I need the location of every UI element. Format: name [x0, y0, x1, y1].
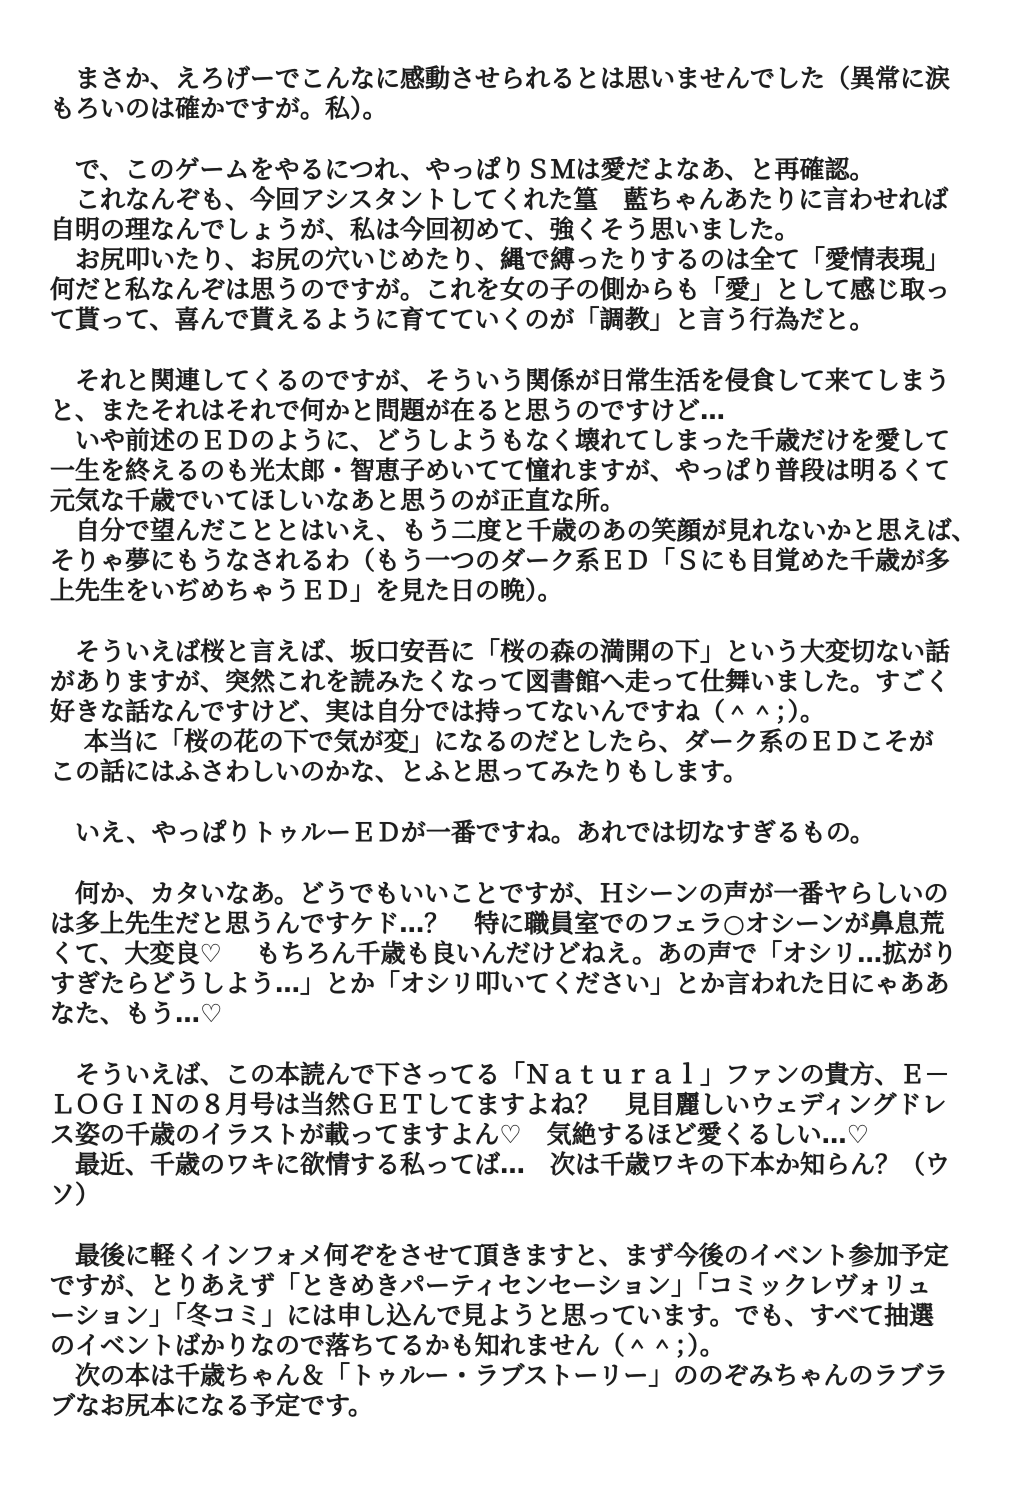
text-line: で、このゲームをやるにつれ、やっぱりＳＭは愛だよなあ、と再確認。	[50, 155, 976, 185]
text-line: いえ、やっぱりトゥルーＥＤが一番ですね。あれでは切なすぎるもの。	[50, 818, 976, 848]
paragraph: まさか、えろげーでこんなに感動させられるとは思いませんでした（異常に涙もろいのは…	[50, 64, 976, 124]
text-line: ーション」「冬コミ」には申し込んで見ようと思っています。でも、すべて抽選	[50, 1301, 976, 1331]
text-line: お尻叩いたり、お尻の穴いじめたり、縄で縛ったりするのは全て「愛情表現」	[50, 245, 976, 275]
paragraph: そういえば桜と言えば、坂口安吾に「桜の森の満開の下」という大変切ない話があります…	[50, 637, 976, 787]
text-line: 自分で望んだこととはいえ、もう二度と千歳のあの笑顔が見れないかと思えば、	[50, 516, 976, 546]
text-line: ですが、とりあえず「ときめきパーティセンセーション」「コミックレヴォリュ	[50, 1271, 976, 1301]
text-line: のイベントばかりなので落ちてるかも知れません（＾＾；）。	[50, 1331, 976, 1361]
text-line: ソ）	[50, 1180, 976, 1210]
paragraph: それと関連してくるのですが、そういう関係が日常生活を侵食して来てしまうと、またそ…	[50, 366, 976, 606]
paragraph: いえ、やっぱりトゥルーＥＤが一番ですね。あれでは切なすぎるもの。	[50, 818, 976, 848]
text-line: 元気な千歳でいてほしいなあと思うのが正直な所。	[50, 486, 976, 516]
text-line: は多上先生だと思うんですケド…？ 特に職員室でのフェラ○オシーンが鼻息荒	[50, 909, 976, 939]
paragraph: そういえば、この本読んで下さってる「Ｎａｔｕｒａｌ」ファンの貴方、Ｅ－ＬＯＧＩＮ…	[50, 1060, 976, 1210]
text-line: なた、もう…♡	[50, 999, 976, 1029]
text-line: 何だと私なんぞは思うのですが。これを女の子の側からも「愛」として感じ取っ	[50, 275, 976, 305]
text-line: 一生を終えるのも光太郎・智恵子めいてて憧れますが、やっぱり普段は明るくて	[50, 456, 976, 486]
text-line: 何か、カタいなあ。どうでもいいことですが、Ｈシーンの声が一番ヤらしいの	[50, 879, 976, 909]
text-line: くて、大変良♡ もちろん千歳も良いんだけどねえ。あの声で「オシリ…拡がり	[50, 939, 976, 969]
text-line: この話にはふさわしいのかな、とふと思ってみたりもします。	[50, 757, 976, 787]
paragraph: 何か、カタいなあ。どうでもいいことですが、Ｈシーンの声が一番ヤらしいのは多上先生…	[50, 879, 976, 1029]
text-line: そりゃ夢にもうなされるわ（もう一つのダーク系ＥＤ「Ｓにも目覚めた千歳が多	[50, 546, 976, 576]
text-line: 好きな話なんですけど、実は自分では持ってないんですね（＾＾；）。	[50, 697, 976, 727]
text-line: 上先生をいぢめちゃうＥＤ」を見た日の晩）。	[50, 576, 976, 606]
document-text: まさか、えろげーでこんなに感動させられるとは思いませんでした（異常に涙もろいのは…	[50, 64, 976, 1421]
text-line: 次の本は千歳ちゃん＆「トゥルー・ラブストーリー」ののぞみちゃんのラブラ	[50, 1361, 976, 1391]
text-line: いや前述のＥＤのように、どうしようもなく壊れてしまった千歳だけを愛して	[50, 426, 976, 456]
text-line: 自明の理なんでしょうが、私は今回初めて、強くそう思いました。	[50, 215, 976, 245]
text-line: 最近、千歳のワキに欲情する私ってば… 次は千歳ワキの下本か知らん？（ウ	[50, 1150, 976, 1180]
text-line: すぎたらどうしよう…」とか「オシリ叩いてください」とか言われた日にゃああ	[50, 969, 976, 999]
text-line: もろいのは確かですが。私）。	[50, 94, 976, 124]
paragraph: で、このゲームをやるにつれ、やっぱりＳＭは愛だよなあ、と再確認。 これなんぞも、…	[50, 155, 976, 335]
text-line: そういえば桜と言えば、坂口安吾に「桜の森の満開の下」という大変切ない話	[50, 637, 976, 667]
text-line: がありますが、突然これを読みたくなって図書館へ走って仕舞いました。すごく	[50, 667, 976, 697]
text-line: ス姿の千歳のイラストが載ってますよん♡ 気絶するほど愛くるしい…♡	[50, 1120, 976, 1150]
text-line: 本当に「桜の花の下で気が変」になるのだとしたら、ダーク系のＥＤこそが	[50, 727, 976, 757]
text-line: て貰って、喜んで貰えるように育てていくのが「調教」と言う行為だと。	[50, 305, 976, 335]
text-line: 最後に軽くインフォメ何ぞをさせて頂きますと、まず今後のイベント参加予定	[50, 1241, 976, 1271]
text-line: そういえば、この本読んで下さってる「Ｎａｔｕｒａｌ」ファンの貴方、Ｅ－	[50, 1060, 976, 1090]
text-line: まさか、えろげーでこんなに感動させられるとは思いませんでした（異常に涙	[50, 64, 976, 94]
scanned-document-page: まさか、えろげーでこんなに感動させられるとは思いませんでした（異常に涙もろいのは…	[0, 0, 1024, 1507]
text-line: ＬＯＧＩＮの８月号は当然ＧＥＴしてますよね？ 見目麗しいウェディングドレ	[50, 1090, 976, 1120]
paragraph: 最後に軽くインフォメ何ぞをさせて頂きますと、まず今後のイベント参加予定ですが、と…	[50, 1241, 976, 1421]
text-line: これなんぞも、今回アシスタントしてくれた篁 藍ちゃんあたりに言わせれば	[50, 185, 976, 215]
text-line: ブなお尻本になる予定です。	[50, 1391, 976, 1421]
text-line: と、またそれはそれで何かと問題が在ると思うのですけど…	[50, 396, 976, 426]
text-line: それと関連してくるのですが、そういう関係が日常生活を侵食して来てしまう	[50, 366, 976, 396]
